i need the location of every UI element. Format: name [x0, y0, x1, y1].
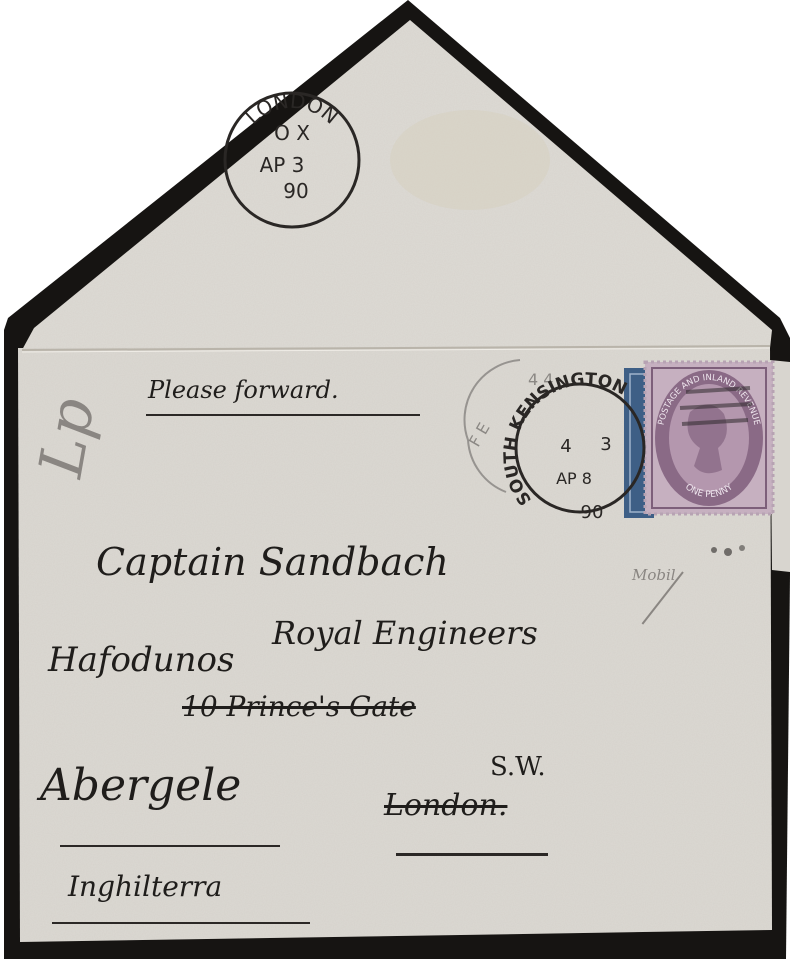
note-please-forward: Please forward.: [148, 376, 339, 404]
regiment-line: Royal Engineers: [272, 614, 538, 652]
pencil-annotation: Mobil: [632, 566, 676, 584]
pencil-margin-mark: Lp: [26, 393, 109, 482]
front-postmark-time: 3: [600, 434, 611, 455]
struck-city: London.: [384, 788, 507, 823]
front-postmark-year: 90: [581, 502, 604, 523]
postal-district: S.W.: [490, 752, 546, 782]
note-underline: [146, 414, 420, 416]
recipient-name: Captain Sandbach: [96, 540, 449, 584]
new-town: Abergele: [40, 760, 241, 811]
country: Inghilterra: [68, 870, 222, 903]
front-postmark-number: 4: [560, 436, 571, 457]
city-underline: [396, 853, 548, 856]
forwarding-house-name: Hafodunos: [48, 640, 234, 680]
envelope-photo: LONDON O X AP 3 90 POSTAGE AND INLAND RE…: [0, 0, 800, 959]
country-underline: [52, 922, 310, 924]
front-postmark-date: AP 8: [556, 469, 592, 488]
town-underline: [60, 845, 280, 847]
struck-street-address: 10 Prince's Gate: [182, 690, 416, 723]
